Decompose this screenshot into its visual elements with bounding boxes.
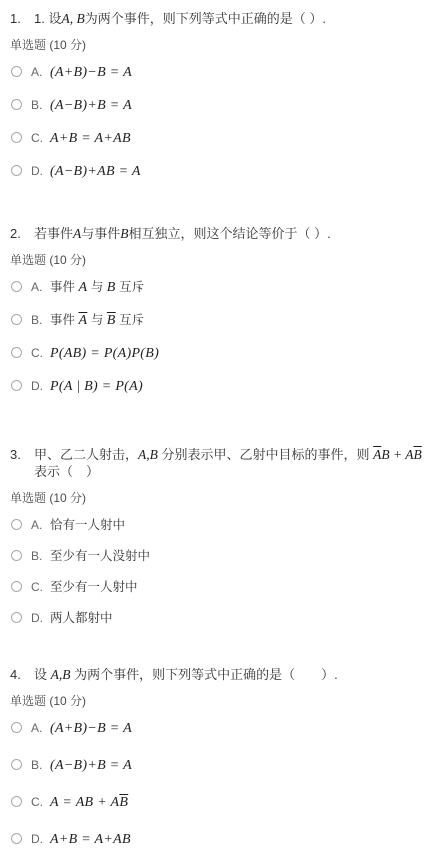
text-part: 至少有一人没射中 <box>50 549 150 563</box>
question-number: 1. <box>10 10 34 27</box>
text-part: 设 <box>34 667 51 682</box>
text-part: 与事件 <box>81 226 120 241</box>
radio-button[interactable] <box>11 519 22 530</box>
math-part: (A+B)−B = A <box>50 65 132 80</box>
question-title: 设 A,B 为两个事件，则下列等式中正确的是（ ）. <box>34 666 422 683</box>
math-part: A+B = A+AB <box>50 832 131 847</box>
option-content: P(AB) = P(A)P(B) <box>50 345 159 362</box>
option-row[interactable]: A.(A+B)−B = A <box>10 720 422 738</box>
text-part: 若事件 <box>34 226 73 241</box>
question-title: 若事件A与事件B相互独立，则这个结论等价于（ ）. <box>34 225 422 242</box>
option-letter: B. <box>31 97 47 113</box>
text-part: 与 <box>87 313 106 327</box>
radio-button[interactable] <box>11 132 22 143</box>
question-number: 3. <box>10 446 34 480</box>
math-part: B <box>413 447 421 462</box>
question-header: 4.设 A,B 为两个事件，则下列等式中正确的是（ ）. <box>10 666 422 683</box>
option-content: A+B = A+AB <box>50 831 131 848</box>
radio-button[interactable] <box>11 99 22 110</box>
math-part: P(A | B) = P(A) <box>50 379 143 394</box>
option-content: A = AB + AB <box>50 794 128 811</box>
option-letter: B. <box>31 312 47 328</box>
text-part: 至少有一人射中 <box>50 580 138 594</box>
text-part: 为两个事件，则下列等式中正确的是（ ）. <box>85 11 326 26</box>
option-row[interactable]: C.A+B = A+AB <box>10 130 422 148</box>
option-letter: C. <box>31 130 47 146</box>
question-title: 甲、乙二人射击，A,B 分别表示甲、乙射中目标的事件，则 AB + AB 表示（… <box>34 446 422 480</box>
radio-button[interactable] <box>11 66 22 77</box>
question-header: 1.1. 设A, B为两个事件，则下列等式中正确的是（ ）. <box>10 10 422 27</box>
question-meta: 单选题 (10 分) <box>10 251 422 268</box>
radio-button[interactable] <box>11 581 22 592</box>
option-letter: D. <box>31 163 47 179</box>
question-block: 2.若事件A与事件B相互独立，则这个结论等价于（ ）.单选题 (10 分)A.事… <box>10 225 422 396</box>
radio-button[interactable] <box>11 314 22 325</box>
text-part: 事件 <box>50 280 78 294</box>
option-content: 两人都射中 <box>50 610 113 627</box>
text-part: 与 <box>87 280 106 294</box>
math-part: A,B <box>51 667 71 682</box>
option-row[interactable]: D.A+B = A+AB <box>10 831 422 849</box>
radio-button[interactable] <box>11 550 22 561</box>
option-row[interactable]: D.P(A | B) = P(A) <box>10 378 422 396</box>
text-part: 1. 设 <box>34 11 61 26</box>
question-meta: 单选题 (10 分) <box>10 692 422 709</box>
radio-button[interactable] <box>11 165 22 176</box>
text-part: 两人都射中 <box>50 611 113 625</box>
option-row[interactable]: B.(A−B)+B = A <box>10 757 422 775</box>
option-letter: A. <box>31 279 47 295</box>
options-list: A.事件 A 与 B 互斥B.事件 A 与 B 互斥C.P(AB) = P(A)… <box>10 279 422 396</box>
option-content: (A−B)+AB = A <box>50 163 141 180</box>
question-meta: 单选题 (10 分) <box>10 489 422 506</box>
question-number: 4. <box>10 666 34 683</box>
math-part: (A−B)+B = A <box>50 98 132 113</box>
radio-button[interactable] <box>11 380 22 391</box>
option-letter: D. <box>31 610 47 626</box>
question-meta: 单选题 (10 分) <box>10 36 422 53</box>
text-part: 事件 <box>50 313 78 327</box>
quiz-page: { "page": { "background": "#ffffff" }, "… <box>0 0 428 855</box>
option-letter: C. <box>31 794 47 810</box>
question-list: 1.1. 设A, B为两个事件，则下列等式中正确的是（ ）.单选题 (10 分)… <box>10 10 422 849</box>
option-row[interactable]: B.事件 A 与 B 互斥 <box>10 312 422 330</box>
radio-button[interactable] <box>11 612 22 623</box>
options-list: A.(A+B)−B = AB.(A−B)+B = AC.A+B = A+ABD.… <box>10 64 422 181</box>
option-content: 恰有一人射中 <box>50 517 125 534</box>
option-content: (A+B)−B = A <box>50 720 132 737</box>
option-row[interactable]: D.两人都射中 <box>10 610 422 628</box>
radio-button[interactable] <box>11 347 22 358</box>
text-part: 互斥 <box>116 313 144 327</box>
option-letter: A. <box>31 517 47 533</box>
option-row[interactable]: C.至少有一人射中 <box>10 579 422 597</box>
math-part: A = AB + A <box>50 795 119 810</box>
math-part: A+B = A+AB <box>50 131 131 146</box>
option-row[interactable]: A.(A+B)−B = A <box>10 64 422 82</box>
option-content: 事件 A 与 B 互斥 <box>50 312 144 329</box>
question-block: 1.1. 设A, B为两个事件，则下列等式中正确的是（ ）.单选题 (10 分)… <box>10 10 422 181</box>
option-letter: A. <box>31 64 47 80</box>
question-header: 3.甲、乙二人射击，A,B 分别表示甲、乙射中目标的事件，则 AB + AB 表… <box>10 446 422 480</box>
option-letter: D. <box>31 378 47 394</box>
math-part: (A+B)−B = A <box>50 721 132 736</box>
option-letter: C. <box>31 579 47 595</box>
math-part: (A−B)+AB = A <box>50 164 141 179</box>
math-part: B + A <box>381 447 413 462</box>
options-list: A.(A+B)−B = AB.(A−B)+B = AC.A = AB + ABD… <box>10 720 422 849</box>
text-part: 分别表示甲、乙射中目标的事件，则 <box>158 447 373 462</box>
option-content: P(A | B) = P(A) <box>50 378 143 395</box>
math-part: (A−B)+B = A <box>50 758 132 773</box>
option-row[interactable]: C.A = AB + AB <box>10 794 422 812</box>
text-part: 相互独立，则这个结论等价于（ ）. <box>129 226 331 241</box>
options-list: A.恰有一人射中B.至少有一人没射中C.至少有一人射中D.两人都射中 <box>10 517 422 628</box>
option-row[interactable]: B.至少有一人没射中 <box>10 548 422 566</box>
math-part: A <box>78 280 87 295</box>
text-part: 恰有一人射中 <box>50 518 125 532</box>
text-part: 互斥 <box>116 280 144 294</box>
radio-button[interactable] <box>11 796 22 807</box>
option-letter: D. <box>31 831 47 847</box>
question-title: 1. 设A, B为两个事件，则下列等式中正确的是（ ）. <box>34 10 422 27</box>
radio-button[interactable] <box>11 722 22 733</box>
radio-button[interactable] <box>11 759 22 770</box>
option-letter: B. <box>31 757 47 773</box>
math-part: B <box>120 226 128 241</box>
option-row[interactable]: B.(A−B)+B = A <box>10 97 422 115</box>
question-header: 2.若事件A与事件B相互独立，则这个结论等价于（ ）. <box>10 225 422 242</box>
radio-button[interactable] <box>11 281 22 292</box>
option-letter: B. <box>31 548 47 564</box>
option-content: 事件 A 与 B 互斥 <box>50 279 144 296</box>
option-row[interactable]: A.恰有一人射中 <box>10 517 422 535</box>
option-letter: C. <box>31 345 47 361</box>
option-row[interactable]: A.事件 A 与 B 互斥 <box>10 279 422 297</box>
question-block: 3.甲、乙二人射击，A,B 分别表示甲、乙射中目标的事件，则 AB + AB 表… <box>10 446 422 628</box>
math-part: B <box>119 795 128 810</box>
option-content: 至少有一人射中 <box>50 579 138 596</box>
math-part: B <box>107 280 116 295</box>
option-content: (A−B)+B = A <box>50 97 132 114</box>
text-part: 甲、乙二人射击， <box>34 447 138 462</box>
option-row[interactable]: D.(A−B)+AB = A <box>10 163 422 181</box>
option-row[interactable]: C.P(AB) = P(A)P(B) <box>10 345 422 363</box>
math-part: P(AB) = P(A)P(B) <box>50 346 159 361</box>
radio-button[interactable] <box>11 833 22 844</box>
text-part: 为两个事件，则下列等式中正确的是（ ）. <box>71 667 338 682</box>
question-number: 2. <box>10 225 34 242</box>
option-content: 至少有一人没射中 <box>50 548 150 565</box>
math-part: A <box>78 313 87 328</box>
option-content: (A+B)−B = A <box>50 64 132 81</box>
math-part: A, B <box>61 11 84 26</box>
question-block: 4.设 A,B 为两个事件，则下列等式中正确的是（ ）.单选题 (10 分)A.… <box>10 666 422 849</box>
option-content: A+B = A+AB <box>50 130 131 147</box>
option-content: (A−B)+B = A <box>50 757 132 774</box>
math-part: B <box>107 313 116 328</box>
math-part: A,B <box>138 447 158 462</box>
option-letter: A. <box>31 720 47 736</box>
